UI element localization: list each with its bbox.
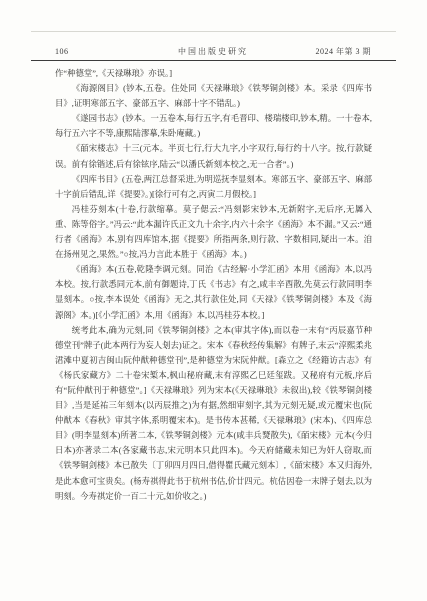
scanned-journal-page: 106 中国出版史研究 2024 年第 3 期 作“种德堂”,《天禄琳琅》亦误。… xyxy=(0,0,427,601)
top-rule xyxy=(31,31,396,32)
paragraph-haiyuange-entry: 《海源阁目》(钞本,五卷。住处同《天禄琳琅》《铁琴铜剑楼》本。采录《四库书目》,… xyxy=(55,81,372,111)
paragraph-fengguifen-entry: 冯桂芬刻本(十卷,行款缩摹。莫子偲云:“冯刻影宋钞本,无新附字,无后序,无羼入重… xyxy=(55,202,372,262)
paragraph-bisonglou-entry: 《皕宋楼志》十三(元本。半页七行,行大九字,小字双行,每行约十八字。按,行款疑误… xyxy=(55,141,372,171)
header-rule xyxy=(31,60,396,61)
article-body: 作“种德堂”,《天禄琳琅》亦误。] 《海源阁目》(钞本,五卷。住处同《天禄琳琅》… xyxy=(55,66,372,504)
journal-title: 中国出版史研究 xyxy=(55,46,371,57)
paragraph-summary: 统考此本,确为元刻,同《铁琴铜剑楼》之本(审其字体),而以卷一末有“丙辰嘉节种德… xyxy=(55,323,372,504)
paragraph-hanhai-entry: 《函海》本(五卷,乾隆李调元刻。同治《古经解·小学汇函》本用《函海》本,以冯本校… xyxy=(55,262,372,322)
running-head: 106 中国出版史研究 2024 年第 3 期 xyxy=(55,46,371,57)
paragraph-sikushumu-entry: 《四库书目》(五卷,两江总督采进,为明巡抚李显刻本。寒部五字、豪部五字、麻部十字… xyxy=(55,172,372,202)
paragraph-suiyuan-entry: 《遂园书志》(钞本。一五卷本,每行五字,有毛晋印、楼瑞楼印,钞本,精。一十卷本,… xyxy=(55,111,372,141)
paragraph-continuation: 作“种德堂”,《天禄琳琅》亦误。] xyxy=(55,66,372,81)
